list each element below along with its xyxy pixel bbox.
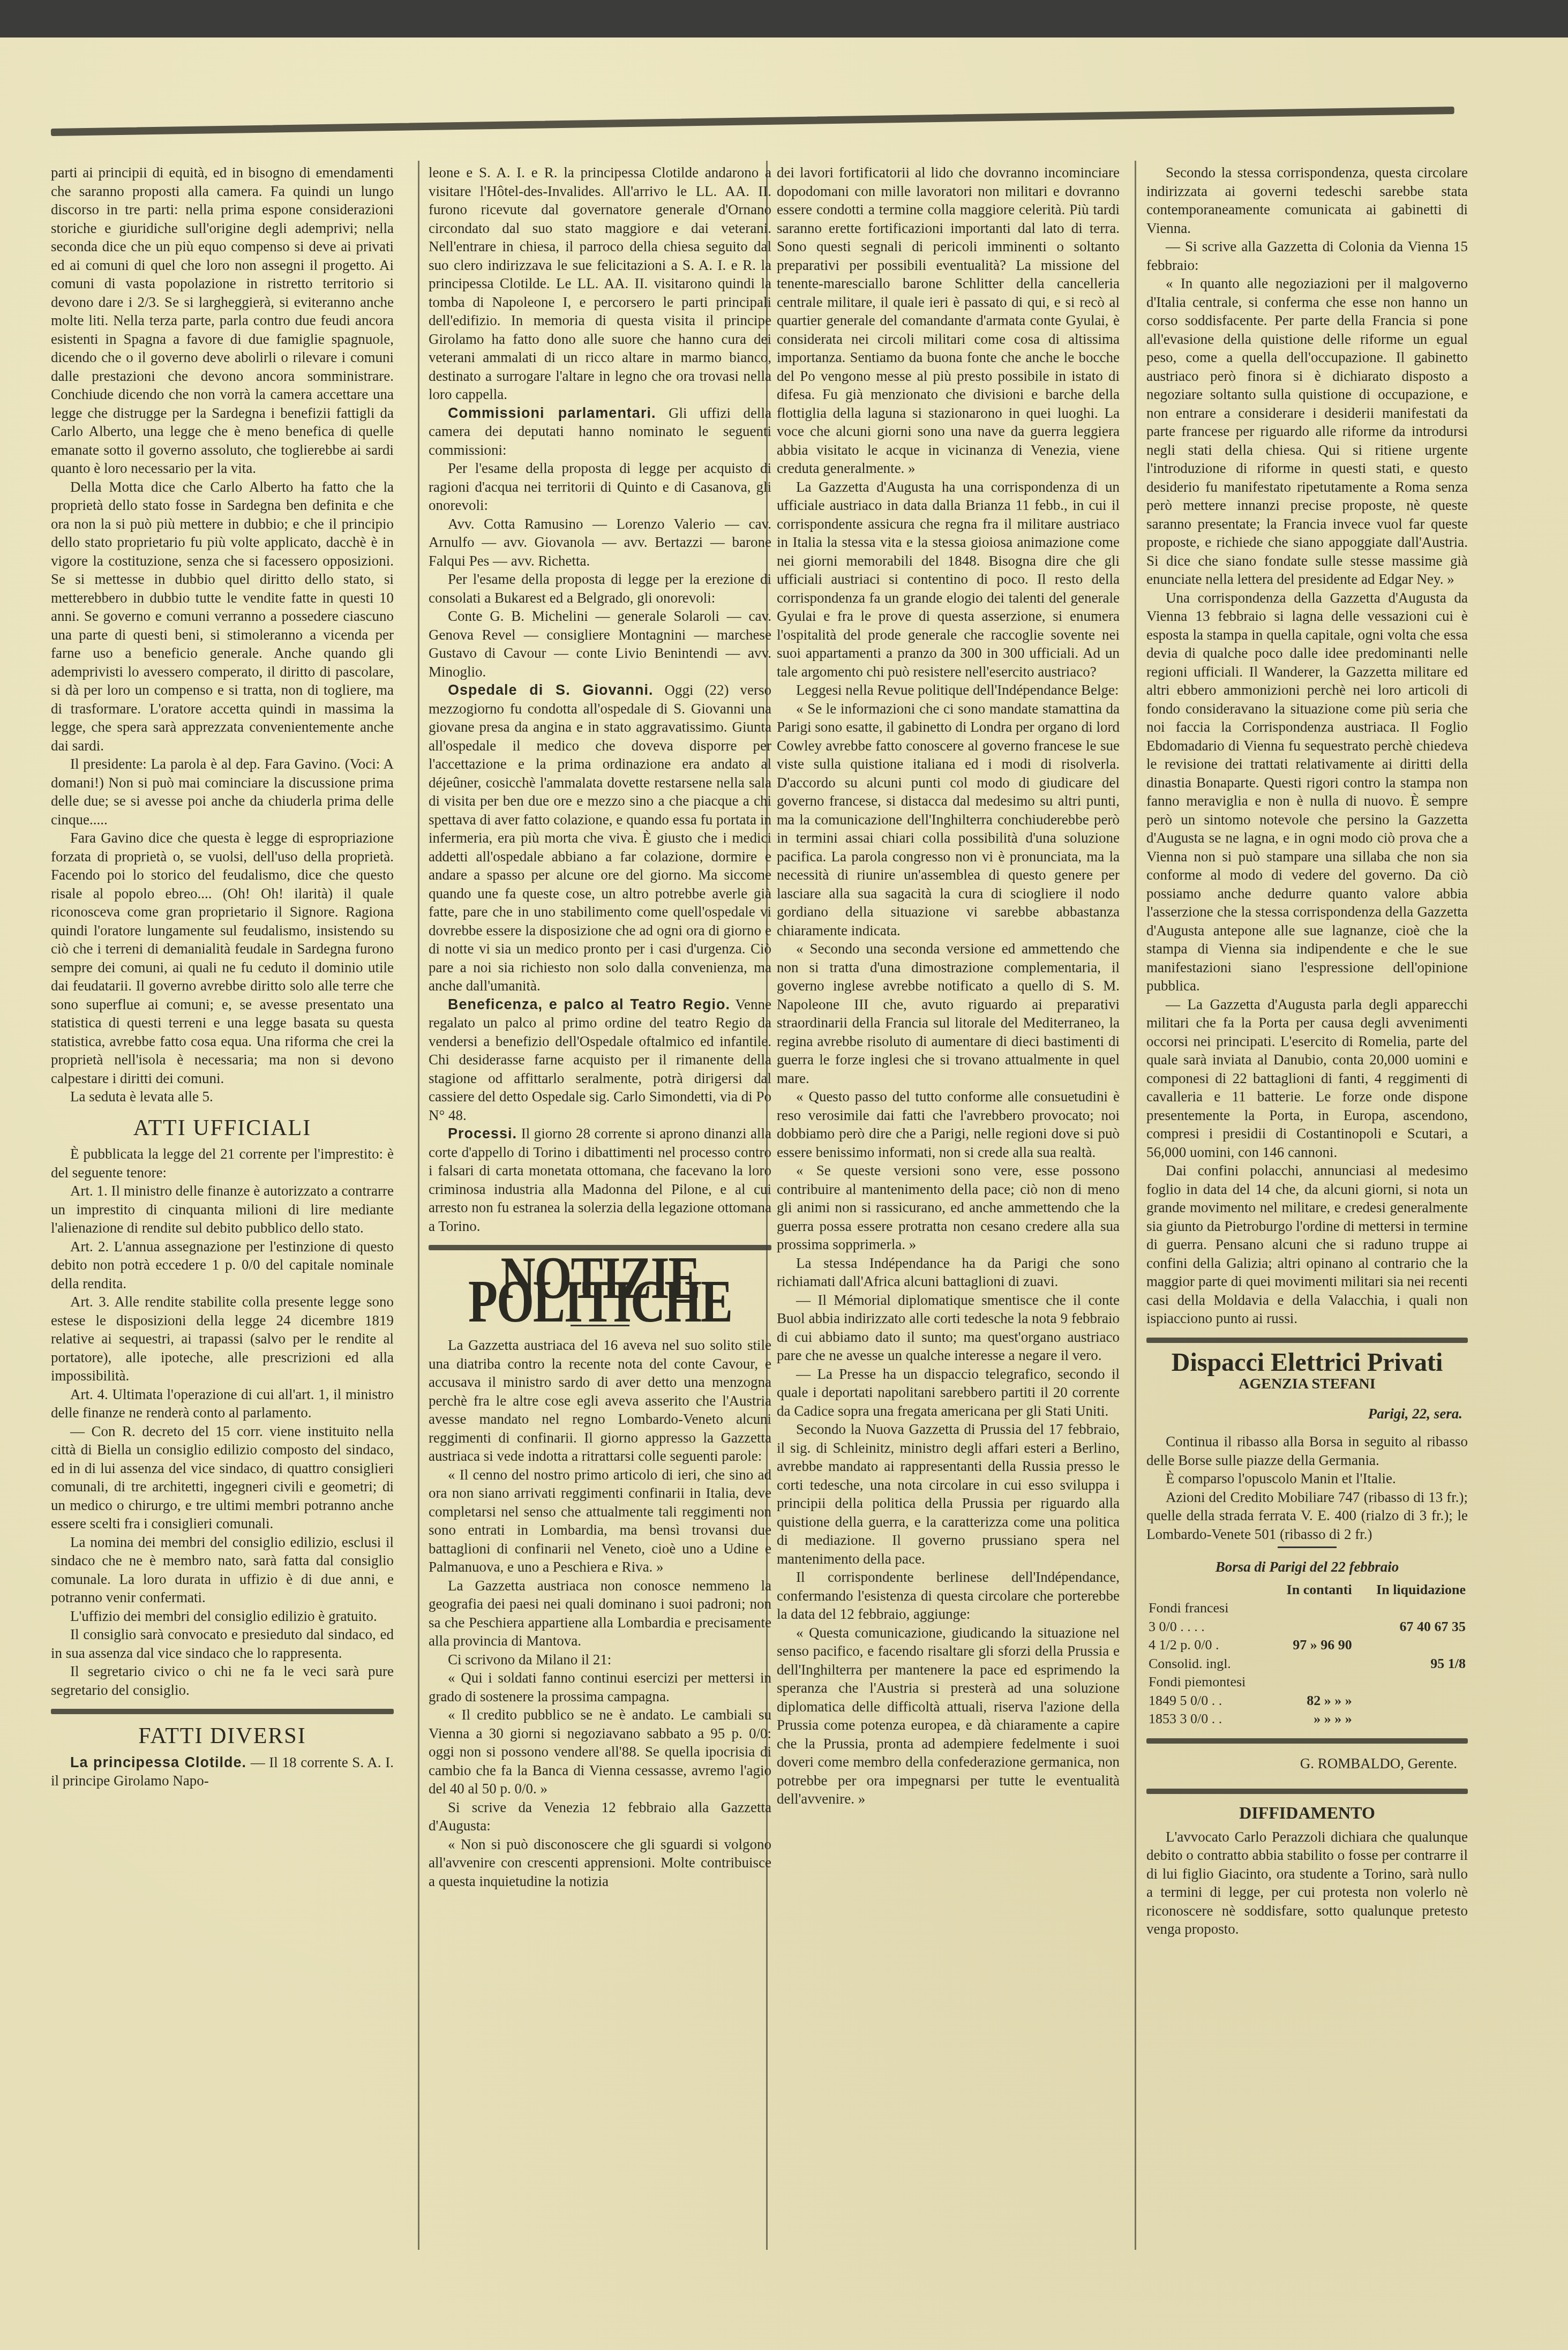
row-label: 4 1/2 p. 0/0 .: [1146, 1636, 1270, 1655]
row-label: 1849 5 0/0 . .: [1146, 1692, 1270, 1710]
paragraph: L'avvocato Carlo Perazzoli dichiara che …: [1146, 1828, 1468, 1939]
column-divider: [418, 161, 419, 2250]
paragraph: La Gazzetta austriaca del 16 aveva nel s…: [429, 1336, 771, 1466]
paragraph: Ospedale di S. Giovanni. Oggi (22) verso…: [429, 681, 771, 995]
cell: [1354, 1692, 1468, 1710]
section-heading-atti-ufficiali: ATTI UFFICIALI: [51, 1119, 394, 1138]
paragraph: La principessa Clotilde. — Il 18 corrent…: [51, 1753, 394, 1790]
paragraph: Per l'esame della proposta di legge per …: [429, 570, 771, 607]
paragraph: Una corrispondenza della Gazzetta d'Augu…: [1146, 589, 1468, 995]
cell: [1354, 1636, 1468, 1655]
text: Il giorno 28 corrente si aprono dinanzi …: [429, 1125, 771, 1234]
row-label: 3 0/0 . . . .: [1146, 1618, 1270, 1636]
column-2: leone e S. A. I. e R. la principessa Clo…: [429, 163, 771, 1890]
short-rule: [1278, 1546, 1337, 1548]
paragraph: « Il credito pubblico se ne è andato. Le…: [429, 1706, 771, 1798]
dispatch-dateline: Parigi, 22, sera.: [1146, 1405, 1462, 1423]
section-rule: [1146, 1738, 1468, 1744]
keyword: Beneficenza, e palco al Teatro Regio.: [448, 996, 730, 1012]
cell: [1270, 1673, 1354, 1692]
paragraph: — La Gazzetta d'Augusta parla degli appa…: [1146, 995, 1468, 1162]
section-rule: [1146, 1338, 1468, 1343]
text: Oggi (22) verso mezzogiorno fu condotta …: [429, 682, 771, 994]
cell: [1270, 1599, 1354, 1618]
row-label: 1853 3 0/0 . .: [1146, 1710, 1270, 1729]
paragraph: dei lavori fortificatorii al lido che do…: [777, 163, 1120, 478]
paragraph: « Se le informazioni che ci sono mandate…: [777, 700, 1120, 940]
dispatch-agency: AGENZIA STEFANI: [1146, 1375, 1468, 1394]
paragraph: leone e S. A. I. e R. la principessa Clo…: [429, 163, 771, 404]
row-label: Fondi francesi: [1146, 1599, 1270, 1618]
cell: [1270, 1655, 1354, 1673]
cell: [1354, 1710, 1468, 1729]
cell: » » » »: [1270, 1710, 1354, 1729]
column-divider: [1135, 161, 1136, 2250]
row-label: Consolid. ingl.: [1146, 1655, 1270, 1673]
section-heading-diffidamento: DIFFIDAMENTO: [1146, 1804, 1468, 1822]
paragraph: Si scrive da Venezia 12 febbraio alla Ga…: [429, 1798, 771, 1835]
paragraph: Per l'esame della proposta di legge per …: [429, 459, 771, 515]
paragraph: Processi. Il giorno 28 corrente si apron…: [429, 1124, 771, 1235]
keyword: Processi.: [448, 1125, 517, 1142]
paragraph: Il presidente: La parola è al dep. Fara …: [51, 755, 394, 829]
paragraph: « Il cenno del nostro primo articolo di …: [429, 1466, 771, 1576]
table-row: 4 1/2 p. 0/0 . 97 » 96 90: [1146, 1636, 1468, 1655]
paragraph: « In quanto alle negoziazioni per il mal…: [1146, 274, 1468, 589]
paragraph: L'uffizio dei membri del consiglio edili…: [51, 1607, 394, 1626]
table-row: 1849 5 0/0 . . 82 » » »: [1146, 1692, 1468, 1710]
cell: 95 1/8: [1354, 1655, 1468, 1673]
keyword: Commissioni parlamentari.: [448, 405, 656, 421]
paragraph: La Gazzetta austriaca non conosce nemmen…: [429, 1576, 771, 1650]
keyword: Ospedale di S. Giovanni.: [448, 682, 653, 698]
paragraph: Della Motta dice che Carlo Alberto ha fa…: [51, 478, 394, 755]
paragraph: Il consiglio sarà convocato e presieduto…: [51, 1625, 394, 1662]
column-3: dei lavori fortificatorii al lido che do…: [777, 163, 1120, 1808]
borsa-table: In contanti In liquidazione Fondi france…: [1146, 1581, 1468, 1729]
paragraph: — Si scrive alla Gazzetta di Colonia da …: [1146, 237, 1468, 274]
paragraph: Art. 3. Alle rendite stabilite colla pre…: [51, 1293, 394, 1385]
paragraph: Continua il ribasso alla Borsa in seguit…: [1146, 1432, 1468, 1469]
dispatch-title: Dispacci Elettrici Privati: [1146, 1354, 1468, 1372]
text: Venne regalato un palco al primo ordine …: [429, 996, 771, 1123]
paragraph: Secondo la stessa corrispondenza, questa…: [1146, 163, 1468, 237]
row-label: Fondi piemontesi: [1146, 1673, 1270, 1692]
top-rule: [51, 107, 1454, 136]
cell: [1270, 1618, 1354, 1636]
paragraph: Conte G. B. Michelini — generale Solarol…: [429, 607, 771, 681]
paragraph: « Secondo una seconda versione ed ammett…: [777, 940, 1120, 1087]
paragraph: Il segretario civico o chi ne fa le veci…: [51, 1662, 394, 1699]
table-row: Consolid. ingl. 95 1/8: [1146, 1655, 1468, 1673]
paragraph: Ci scrivono da Milano il 21:: [429, 1650, 771, 1669]
paragraph: Azioni del Credito Mobiliare 747 (ribass…: [1146, 1488, 1468, 1544]
table-row: Fondi francesi: [1146, 1599, 1468, 1618]
paragraph: — Con R. decreto del 15 corr. viene inst…: [51, 1422, 394, 1533]
paragraph: « Qui i soldati fanno continui esercizi …: [429, 1669, 771, 1706]
paragraph: « Questo passo del tutto conforme alle c…: [777, 1087, 1120, 1161]
paragraph: È comparso l'opuscolo Manin et l'Italie.: [1146, 1469, 1468, 1488]
section-rule: [51, 1709, 394, 1714]
column-4: Secondo la stessa corrispondenza, questa…: [1146, 163, 1468, 1939]
paragraph: Avv. Cotta Ramusino — Lorenzo Valerio — …: [429, 515, 771, 570]
paragraph: parti ai principii di equità, ed in biso…: [51, 163, 394, 478]
paragraph: Leggesi nella Revue politique dell'Indép…: [777, 681, 1120, 700]
paragraph: Commissioni parlamentari. Gli uffizi del…: [429, 404, 771, 460]
table-row: 3 0/0 . . . . 67 40 67 35: [1146, 1618, 1468, 1636]
paragraph: « Questa comunicazione, giudicando la si…: [777, 1624, 1120, 1808]
cell: 97 » 96 90: [1270, 1636, 1354, 1655]
paragraph: « Non si può disconoscere che gli sguard…: [429, 1835, 771, 1891]
editor-signature: G. ROMBALDO, Gerente.: [1146, 1754, 1457, 1773]
paragraph: Secondo la Nuova Gazzetta di Prussia del…: [777, 1420, 1120, 1568]
paragraph: Il corrispondente berlinese dell'Indépen…: [777, 1568, 1120, 1624]
paragraph: La nomina dei membri del consiglio edili…: [51, 1533, 394, 1607]
cell: [1354, 1599, 1468, 1618]
section-heading-notizie-politiche: NOTIZIE POLITICHE: [429, 1267, 771, 1313]
paragraph: Fara Gavino dice che questa è legge di e…: [51, 829, 394, 1087]
cell: 82 » » »: [1270, 1692, 1354, 1710]
paragraph: Art. 1. Il ministro delle finanze è auto…: [51, 1182, 394, 1237]
column-header: In contanti: [1270, 1581, 1354, 1600]
paragraph: La seduta è levata alle 5.: [51, 1087, 394, 1106]
cell: [1354, 1673, 1468, 1692]
paragraph: La Gazzetta d'Augusta ha una corrisponde…: [777, 478, 1120, 681]
cell: 67 40 67 35: [1354, 1618, 1468, 1636]
paragraph: — Il Mémorial diplomatique smentisce che…: [777, 1291, 1120, 1365]
paragraph: « Se queste versioni sono vere, esse pos…: [777, 1161, 1120, 1254]
paragraph: Dai confini polacchi, annunciasi al mede…: [1146, 1161, 1468, 1328]
paragraph: La stessa Indépendance ha da Parigi che …: [777, 1254, 1120, 1291]
column-header: In liquidazione: [1354, 1581, 1468, 1600]
table-row: 1853 3 0/0 . . » » » »: [1146, 1710, 1468, 1729]
section-rule: [1146, 1789, 1468, 1794]
paragraph: Art. 4. Ultimata l'operazione di cui all…: [51, 1385, 394, 1422]
keyword: La principessa Clotilde.: [70, 1754, 246, 1770]
table-row: Fondi piemontesi: [1146, 1673, 1468, 1692]
paragraph: — La Presse ha un dispaccio telegrafico,…: [777, 1365, 1120, 1421]
paragraph: Art. 2. L'annua assegnazione per l'estin…: [51, 1237, 394, 1293]
column-1: parti ai principii di equità, ed in biso…: [51, 163, 394, 1790]
table-header-row: In contanti In liquidazione: [1146, 1581, 1468, 1600]
paragraph: Beneficenza, e palco al Teatro Regio. Ve…: [429, 995, 771, 1125]
newspaper-page: parti ai principii di equità, ed in biso…: [0, 37, 1568, 2350]
paragraph: È pubblicata la legge del 21 corrente pe…: [51, 1145, 394, 1182]
borsa-title: Borsa di Parigi del 22 febbraio: [1146, 1558, 1468, 1576]
section-heading-fatti-diversi: FATTI DIVERSI: [51, 1727, 394, 1746]
